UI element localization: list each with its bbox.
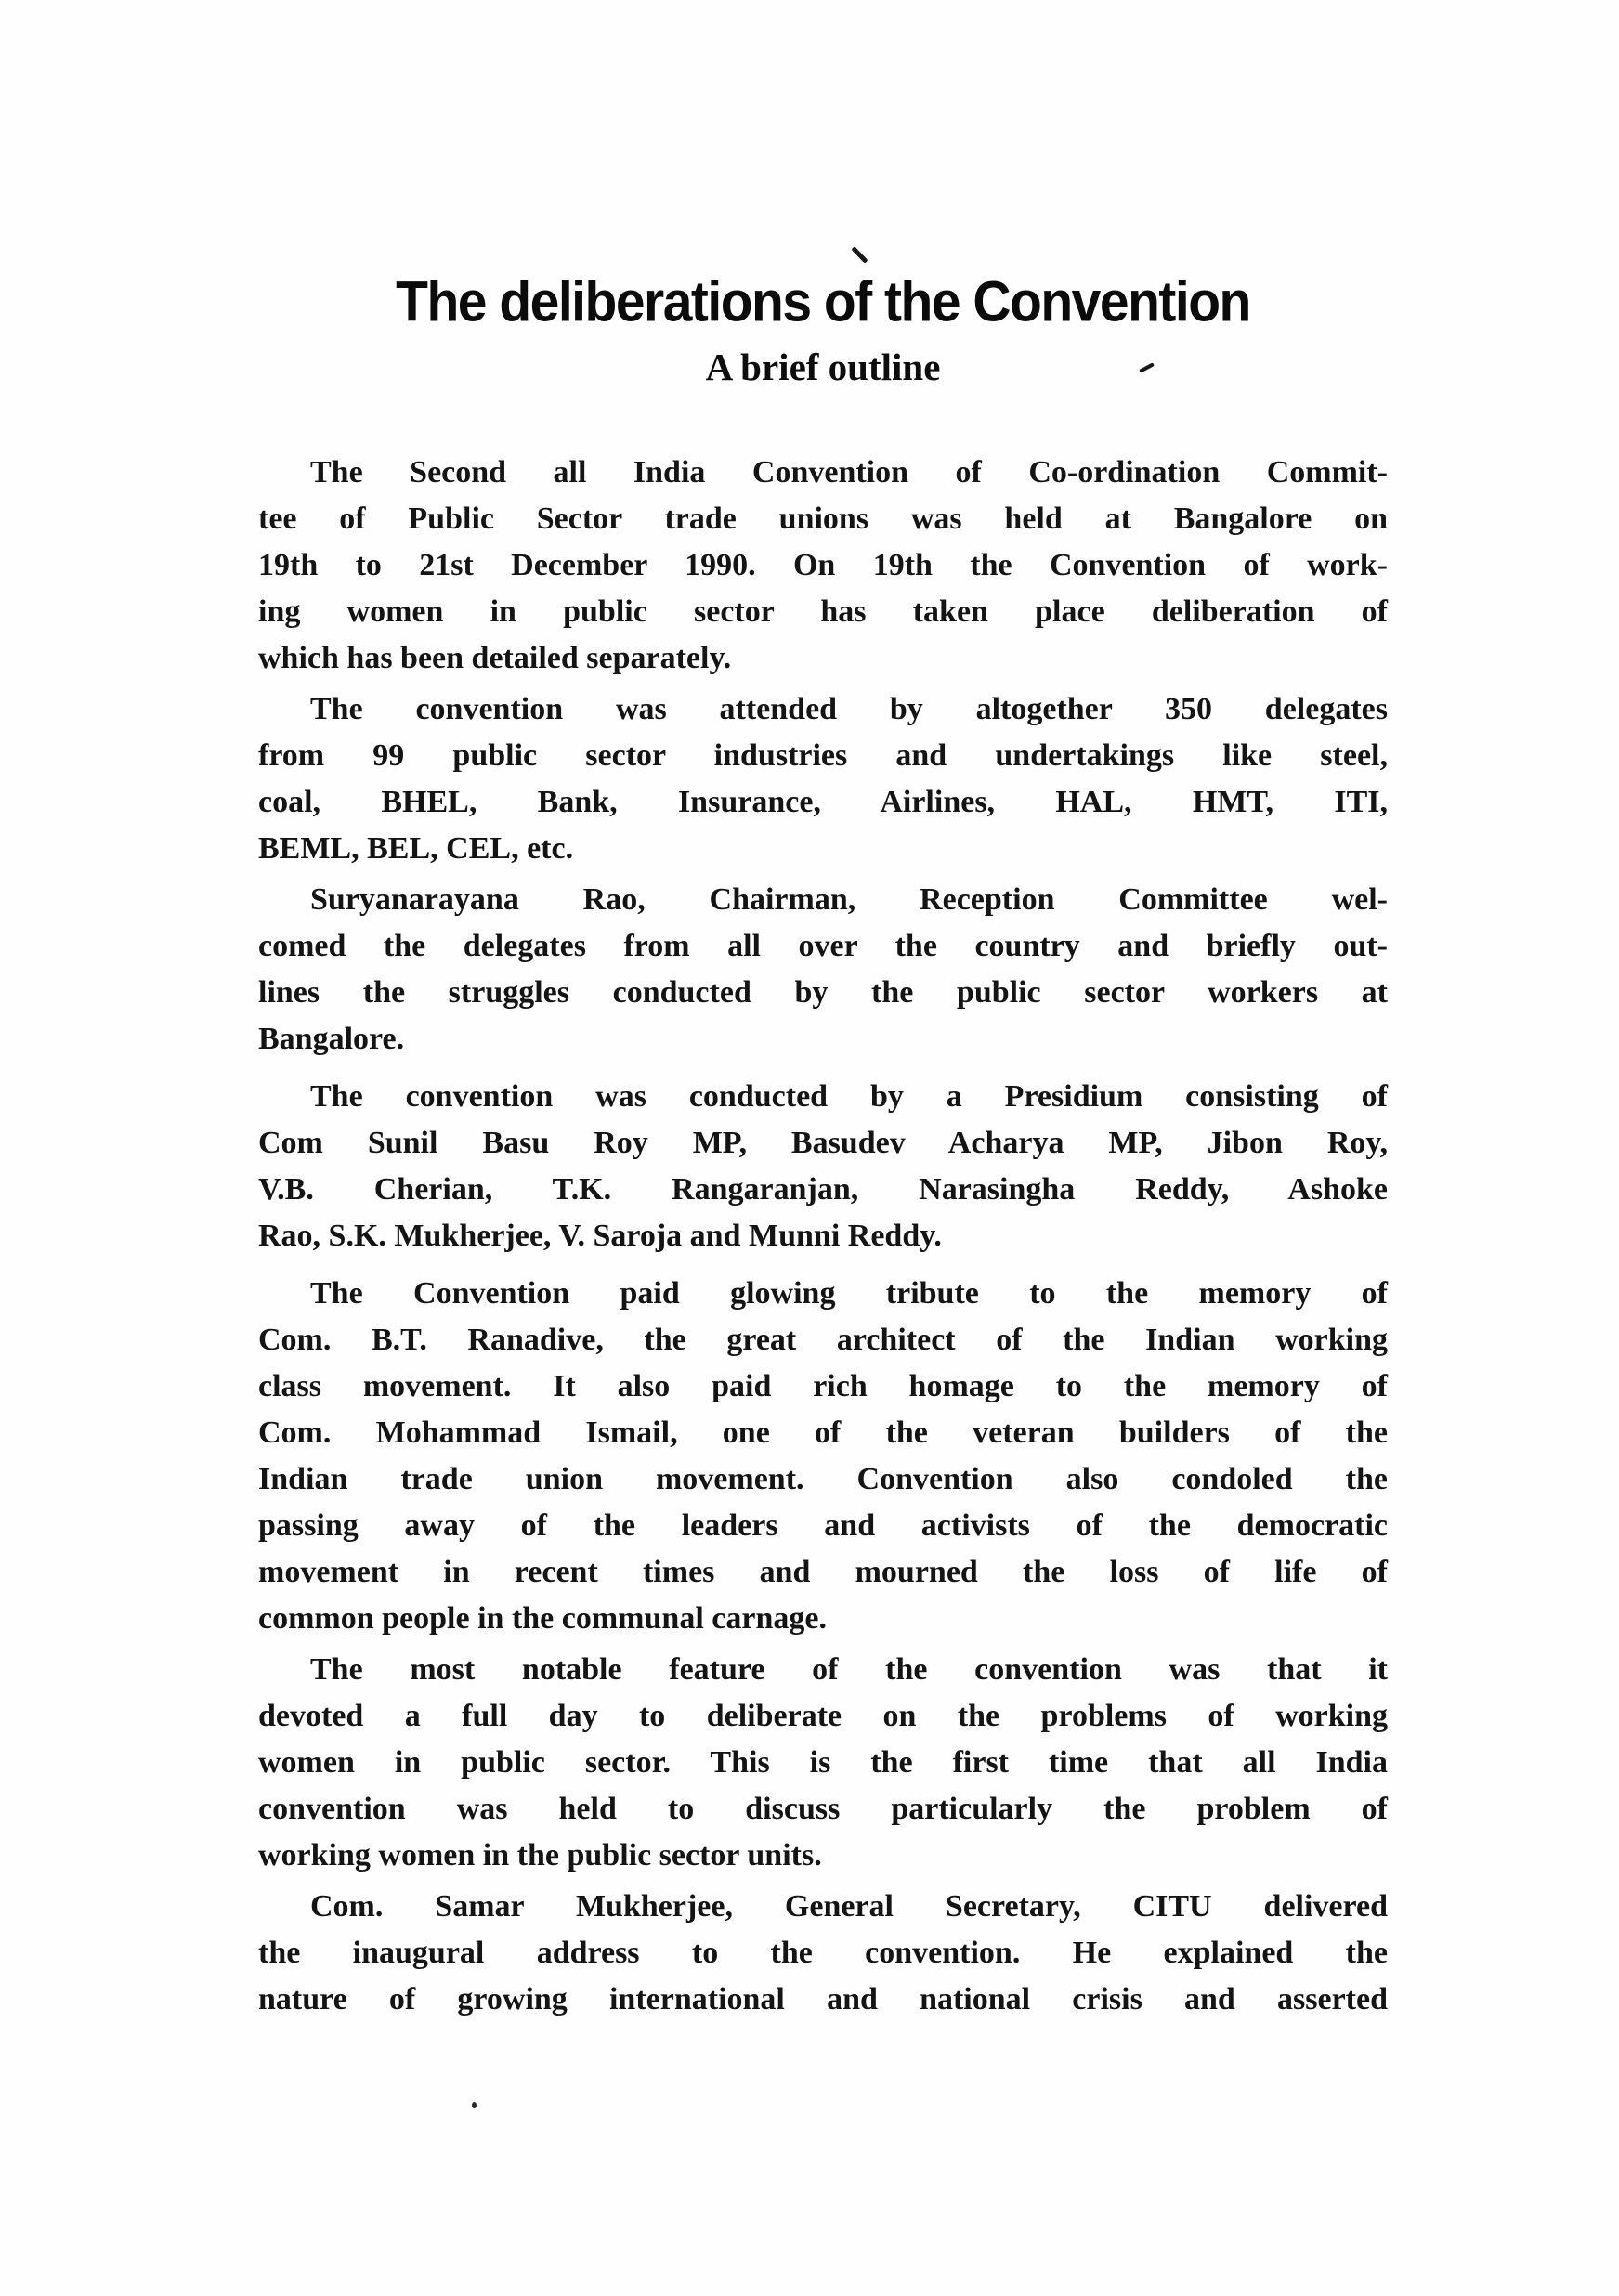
text-line: The convention was conducted by a Presid… [258, 1074, 1388, 1120]
text-line: convention was held to discuss particula… [258, 1786, 1388, 1833]
text-line: The Second all India Convention of Co-or… [258, 450, 1388, 496]
text-line: the inaugural address to the convention.… [258, 1930, 1388, 1976]
text-line: tee of Public Sector trade unions was he… [258, 496, 1388, 542]
page-subtitle: A brief outline [258, 346, 1388, 388]
paragraph: Com. Samar Mukherjee, General Secretary,… [258, 1884, 1388, 2023]
text-line: nature of growing international and nati… [258, 1976, 1388, 2023]
text-line: Com. B.T. Ranadive, the great architect … [258, 1317, 1388, 1363]
text-line: class movement. It also paid rich homage… [258, 1363, 1388, 1410]
text-line: coal, BHEL, Bank, Insurance, Airlines, H… [258, 779, 1388, 826]
text-line: Com. Samar Mukherjee, General Secretary,… [258, 1884, 1388, 1930]
text-line: movement in recent times and mourned the… [258, 1549, 1388, 1596]
text-line: Bangalore. [258, 1016, 1388, 1063]
paragraph: The convention was attended by altogethe… [258, 686, 1388, 872]
scanned-document-page: The deliberations of the Convention A br… [0, 0, 1619, 2296]
text-line: Com Sunil Basu Roy MP, Basudev Acharya M… [258, 1120, 1388, 1167]
text-line: Rao, S.K. Mukherjee, V. Saroja and Munni… [258, 1213, 1388, 1259]
page-title: The deliberations of the Convention [258, 271, 1388, 333]
text-line: The Convention paid glowing tribute to t… [258, 1271, 1388, 1317]
paragraph: The Convention paid glowing tribute to t… [258, 1271, 1388, 1642]
paragraph: Suryanarayana Rao, Chairman, Reception C… [258, 877, 1388, 1063]
text-column: The deliberations of the Convention A br… [258, 273, 1388, 2023]
text-line: devoted a full day to deliberate on the … [258, 1693, 1388, 1740]
ink-mark-grave-accent [851, 246, 868, 264]
text-line: BEML, BEL, CEL, etc. [258, 826, 1388, 872]
text-line: ing women in public sector has taken pla… [258, 589, 1388, 635]
text-line: V.B. Cherian, T.K. Rangaranjan, Narasing… [258, 1167, 1388, 1213]
text-line: passing away of the leaders and activist… [258, 1503, 1388, 1549]
paragraph: The most notable feature of the conventi… [258, 1647, 1388, 1879]
text-line: which has been detailed separately. [258, 635, 1388, 682]
text-line: lines the struggles conducted by the pub… [258, 970, 1388, 1016]
paragraph: The Second all India Convention of Co-or… [258, 450, 1388, 682]
text-line: Indian trade union movement. Convention … [258, 1456, 1388, 1503]
text-line: The convention was attended by altogethe… [258, 686, 1388, 733]
text-line: comed the delegates from all over the co… [258, 923, 1388, 970]
text-line: 19th to 21st December 1990. On 19th the … [258, 542, 1388, 589]
text-line: The most notable feature of the conventi… [258, 1647, 1388, 1693]
text-line: working women in the public sector units… [258, 1833, 1388, 1879]
document-body: The Second all India Convention of Co-or… [258, 450, 1388, 2023]
text-line: Suryanarayana Rao, Chairman, Reception C… [258, 877, 1388, 923]
text-line: from 99 public sector industries and und… [258, 733, 1388, 779]
text-line: Com. Mohammad Ismail, one of the veteran… [258, 1410, 1388, 1456]
ink-mark-dot [472, 2102, 477, 2108]
text-line: women in public sector. This is the firs… [258, 1740, 1388, 1786]
paragraph: The convention was conducted by a Presid… [258, 1074, 1388, 1259]
text-line: common people in the communal carnage. [258, 1596, 1388, 1642]
